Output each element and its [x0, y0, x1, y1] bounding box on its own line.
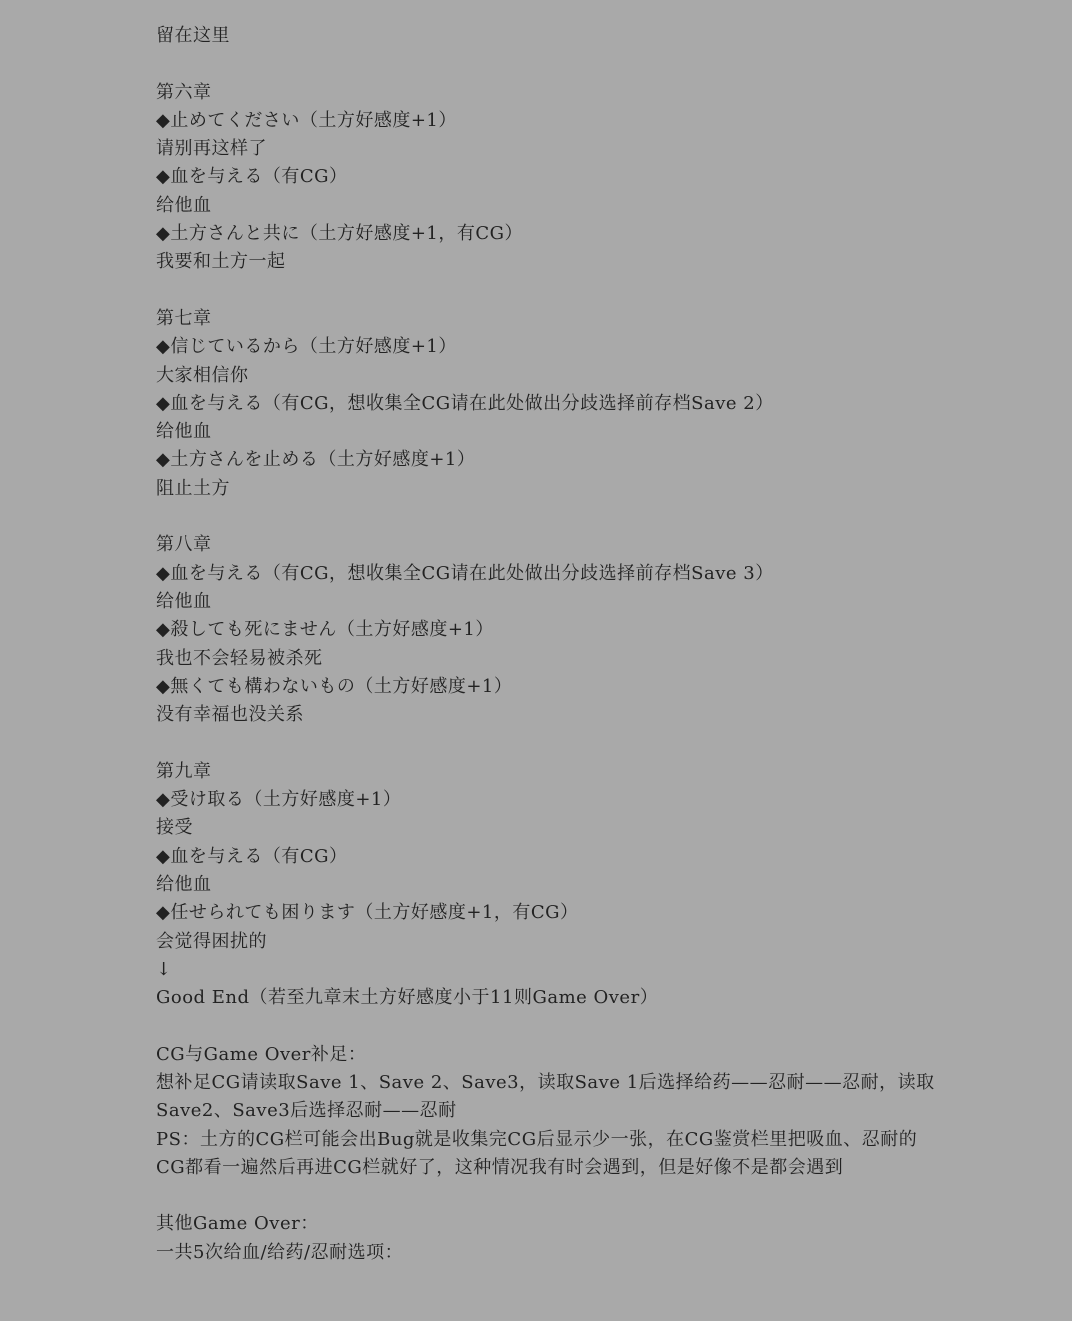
supplement-body: 想补足CG请读取Save 1、Save 2、Save3，读取Save 1后选择给…: [156, 1069, 936, 1126]
chapter-title: 第七章: [156, 305, 936, 333]
blank-line: [156, 277, 936, 305]
intro-line: 留在这里: [156, 22, 936, 50]
other-gameover-body: 一共5次给血/给药/忍耐选项：: [156, 1239, 936, 1267]
choice-translation: 接受: [156, 814, 936, 842]
blank-line: [156, 729, 936, 757]
chapter-title: 第六章: [156, 79, 936, 107]
choice-translation: 大家相信你: [156, 362, 936, 390]
choice-translation: 给他血: [156, 418, 936, 446]
chapter-title: 第九章: [156, 758, 936, 786]
other-gameover-title: 其他Game Over：: [156, 1210, 936, 1238]
choice-translation: 给他血: [156, 192, 936, 220]
choice-translation: 给他血: [156, 871, 936, 899]
guide-document: 留在这里 第六章 ◆止めてください（土方好感度+1） 请别再这样了 ◆血を与える…: [156, 22, 936, 1267]
choice-option: ◆殺しても死にません（土方好感度+1）: [156, 616, 936, 644]
choice-option: ◆止めてください（土方好感度+1）: [156, 107, 936, 135]
choice-option: ◆血を与える（有CG）: [156, 843, 936, 871]
choice-option: ◆信じているから（土方好感度+1）: [156, 333, 936, 361]
choice-translation: 我也不会轻易被杀死: [156, 645, 936, 673]
chapter-title: 第八章: [156, 531, 936, 559]
choice-translation: 给他血: [156, 588, 936, 616]
choice-translation: 请别再这样了: [156, 135, 936, 163]
blank-line: [156, 1012, 936, 1040]
choice-option: ◆血を与える（有CG，想收集全CG请在此处做出分歧选择前存档Save 2）: [156, 390, 936, 418]
choice-translation: 会觉得困扰的: [156, 928, 936, 956]
choice-option: ◆無くても構わないもの（土方好感度+1）: [156, 673, 936, 701]
choice-option: ◆土方さんと共に（土方好感度+1，有CG）: [156, 220, 936, 248]
choice-option: ◆血を与える（有CG）: [156, 163, 936, 191]
choice-option: ◆任せられても困ります（土方好感度+1，有CG）: [156, 899, 936, 927]
ending-line: Good End（若至九章末土方好感度小于11则Game Over）: [156, 984, 936, 1012]
down-arrow-icon: ↓: [156, 956, 936, 984]
supplement-ps: PS：土方的CG栏可能会出Bug就是收集完CG后显示少一张，在CG鉴赏栏里把吸血…: [156, 1126, 936, 1183]
blank-line: [156, 50, 936, 78]
choice-translation: 我要和土方一起: [156, 248, 936, 276]
choice-option: ◆土方さんを止める（土方好感度+1）: [156, 446, 936, 474]
supplement-title: CG与Game Over补足：: [156, 1041, 936, 1069]
blank-line: [156, 503, 936, 531]
choice-option: ◆血を与える（有CG，想收集全CG请在此处做出分歧选择前存档Save 3）: [156, 560, 936, 588]
choice-translation: 没有幸福也没关系: [156, 701, 936, 729]
blank-line: [156, 1182, 936, 1210]
choice-translation: 阻止土方: [156, 475, 936, 503]
choice-option: ◆受け取る（土方好感度+1）: [156, 786, 936, 814]
